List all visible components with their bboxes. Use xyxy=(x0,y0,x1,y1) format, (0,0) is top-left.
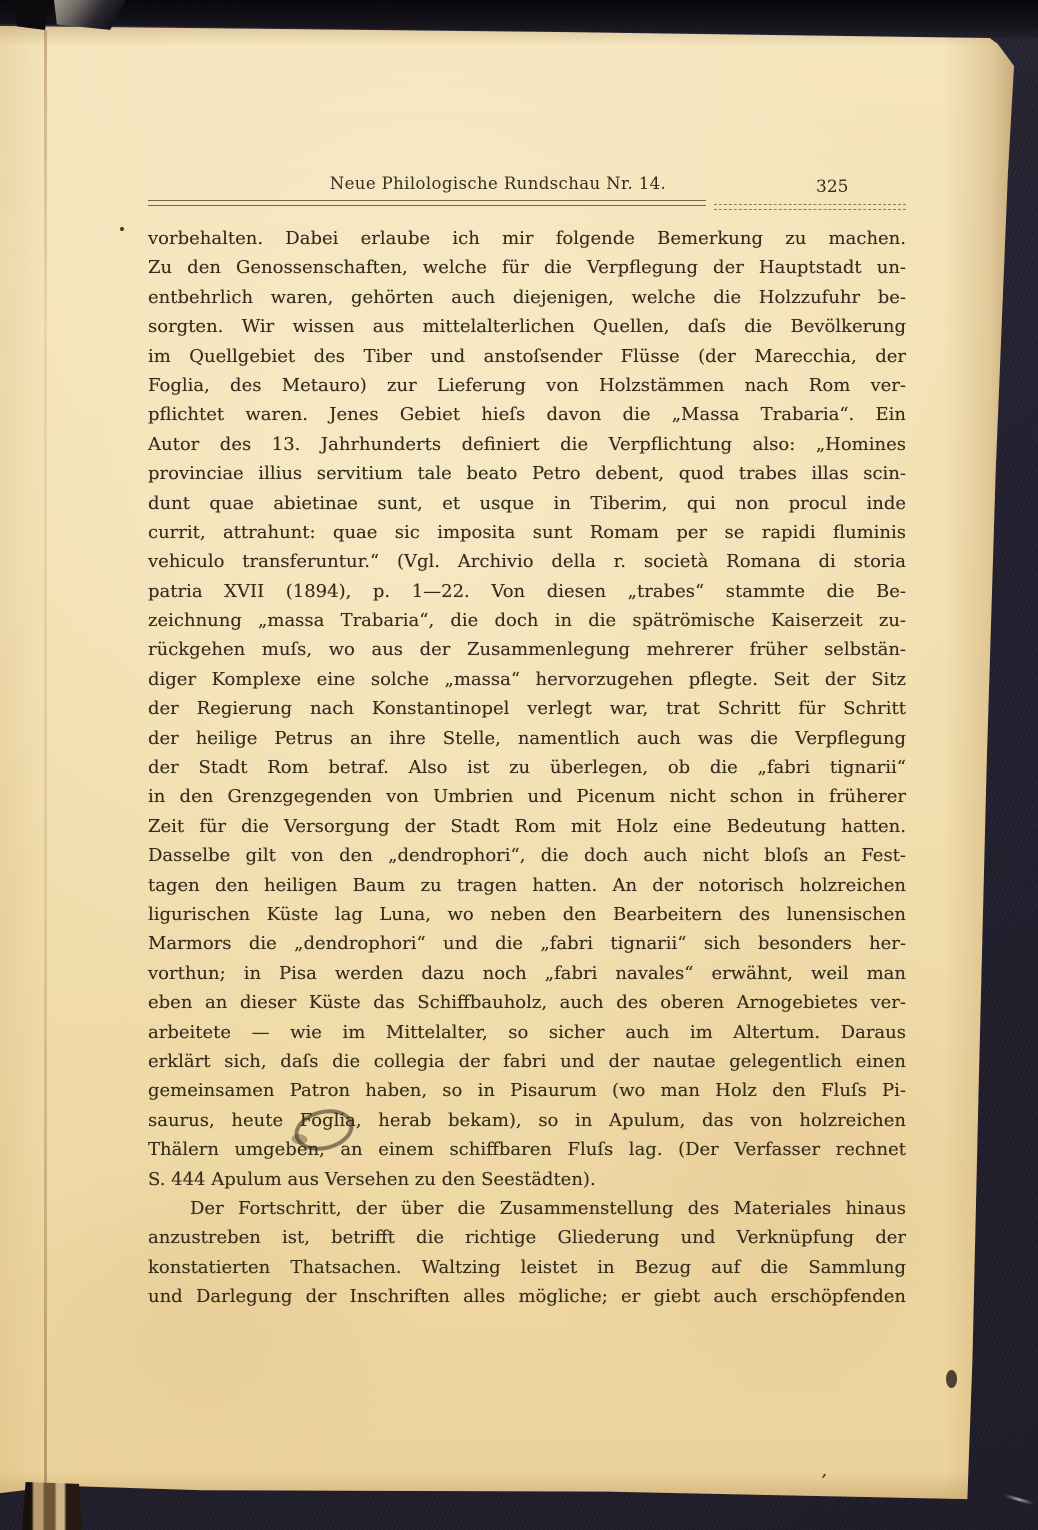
binding-fragment-top-left xyxy=(14,0,50,30)
text-line: arbeitete — wie im Mittelalter, so siche… xyxy=(148,1018,906,1047)
text-line: patria XVII (1894), p. 1—22. Von diesen … xyxy=(148,577,906,606)
text-line: S. 444 Apulum aus Versehen zu den Seestä… xyxy=(148,1165,906,1194)
text-line: in den Grenzgegenden von Umbrien und Pic… xyxy=(148,782,906,811)
text-line: vorbehalten. Dabei erlaube ich mir folge… xyxy=(148,224,906,253)
text-line: diger Komplexe eine solche „massa“ hervo… xyxy=(148,665,906,694)
page-edge-nick xyxy=(946,1370,957,1388)
text-line: Der Fortschritt, der über die Zusammenst… xyxy=(148,1194,906,1223)
binding-fragment-bottom-left xyxy=(22,1482,82,1530)
text-line: erklärt sich, daſs die collegia der fabr… xyxy=(148,1047,906,1076)
book-page: Neue Philologische Rundschau Nr. 14. 325… xyxy=(0,24,1014,1508)
running-header-title: Neue Philologische Rundschau Nr. 14. xyxy=(148,174,848,193)
text-line: im Quellgebiet des Tiber und anstoſsende… xyxy=(148,342,906,371)
text-line: pflichtet waren. Jenes Gebiet hieſs davo… xyxy=(148,400,906,429)
paragraph-continued: vorbehalten. Dabei erlaube ich mir folge… xyxy=(148,224,906,1194)
text-line: entbehrlich waren, gehörten auch diejeni… xyxy=(148,283,906,312)
text-line: anzustreben ist, betrifft die richtige G… xyxy=(148,1223,906,1252)
text-line: vorthun; in Pisa werden dazu noch „fabri… xyxy=(148,959,906,988)
header-rule-solid xyxy=(148,200,706,206)
text-line: Dasselbe gilt von den „dendrophori“, die… xyxy=(148,841,906,870)
text-line: der Regierung nach Konstantinopel verleg… xyxy=(148,694,906,723)
text-line: der heilige Petrus an ihre Stelle, namen… xyxy=(148,724,906,753)
text-line: sorgten. Wir wissen aus mittelalterliche… xyxy=(148,312,906,341)
text-line: Thälern umgeben, an einem schiffbaren Fl… xyxy=(148,1135,906,1164)
text-line: saurus, heute Foglia, herab bekam), so i… xyxy=(148,1106,906,1135)
page-fold-crease xyxy=(44,30,47,1499)
text-line: zeichnung „massa Trabaria“, die doch in … xyxy=(148,606,906,635)
text-line: Autor des 13. Jahrhunderts definiert die… xyxy=(148,430,906,459)
text-line: eben an dieser Küste das Schiffbauholz, … xyxy=(148,988,906,1017)
body-text: vorbehalten. Dabei erlaube ich mir folge… xyxy=(148,224,906,1311)
text-line: tagen den heiligen Baum zu tragen hatten… xyxy=(148,871,906,900)
background-scratch xyxy=(1004,1494,1034,1505)
text-line: Zu den Genossenschaften, welche für die … xyxy=(148,253,906,282)
text-line: dunt quae abietinae sunt, et usque in Ti… xyxy=(148,489,906,518)
text-line: konstatierten Thatsachen. Waltzing leist… xyxy=(148,1253,906,1282)
ink-mark: ‚ xyxy=(821,1460,830,1482)
text-line: rückgehen muſs, wo aus der Zusammenlegun… xyxy=(148,635,906,664)
text-line: currit, attrahunt: quae sic imposita sun… xyxy=(148,518,906,547)
text-line: Zeit für die Versorgung der Stadt Rom mi… xyxy=(148,812,906,841)
text-line: gemeinsamen Patron haben, so in Pisaurum… xyxy=(148,1076,906,1105)
text-line: ligurischen Küste lag Luna, wo neben den… xyxy=(148,900,906,929)
ink-speck xyxy=(120,227,124,231)
text-line: provinciae illius servitium tale beato P… xyxy=(148,459,906,488)
page-number: 325 xyxy=(816,177,864,197)
text-line: Foglia, des Metauro) zur Lieferung von H… xyxy=(148,371,906,400)
paragraph-new: Der Fortschritt, der über die Zusammenst… xyxy=(148,1194,906,1312)
header-rule-dashed xyxy=(714,204,906,210)
text-line: vehiculo transferuntur.“ (Vgl. Archivio … xyxy=(148,547,906,576)
photographed-book-spread: { "header": { "journal_title": "Neue Phi… xyxy=(0,0,1038,1530)
text-line: der Stadt Rom betraf. Also ist zu überle… xyxy=(148,753,906,782)
text-line: Marmors die „dendrophori“ und die „fabri… xyxy=(148,929,906,958)
text-line: und Darlegung der Inschriften alles mögl… xyxy=(148,1282,906,1311)
